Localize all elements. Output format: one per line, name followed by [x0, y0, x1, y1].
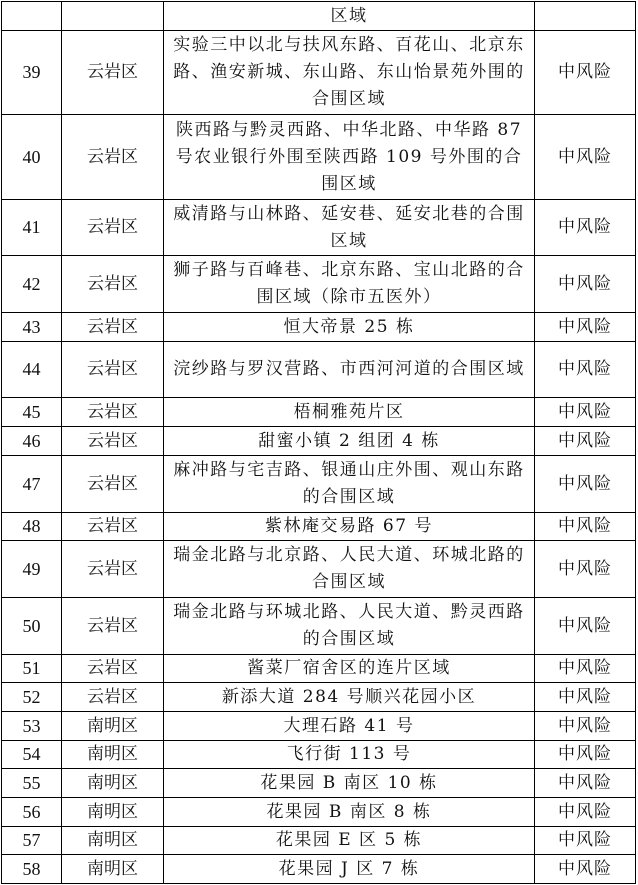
- row-number-cell: 48: [2, 513, 62, 541]
- district-cell: [62, 2, 164, 31]
- row-number-cell: 42: [2, 256, 62, 313]
- risk-area-table-body: 区域 39云岩区实验三中以北与扶风东路、百花山、北京东路、渔安新城、东山路、东山…: [2, 2, 636, 884]
- area-cell: 新添大道 284 号顺兴花园小区: [164, 683, 535, 712]
- table-row: 56南明区花果园 B 南区 8 栋中风险: [2, 798, 636, 827]
- risk-level-cell: 中风险: [535, 398, 636, 427]
- risk-level-cell: 中风险: [535, 683, 636, 712]
- row-number-cell: 50: [2, 598, 62, 655]
- row-number-cell: [2, 2, 62, 31]
- area-cell: 瑞金北路与环城北路、人民大道、黔灵西路的合围区域: [164, 598, 535, 655]
- district-cell: 南明区: [62, 712, 164, 741]
- district-cell: 云岩区: [62, 513, 164, 541]
- district-cell: 云岩区: [62, 598, 164, 655]
- row-number-cell: 45: [2, 398, 62, 427]
- district-cell: 南明区: [62, 855, 164, 884]
- area-cell: 紫林庵交易路 67 号: [164, 513, 535, 541]
- area-cell: 酱菜厂宿舍区的连片区域: [164, 655, 535, 683]
- area-cell: 甜蜜小镇 2 组团 4 栋: [164, 427, 535, 456]
- risk-level-cell: 中风险: [535, 855, 636, 884]
- row-number-cell: 41: [2, 200, 62, 256]
- row-number-cell: 43: [2, 313, 62, 342]
- district-cell: 云岩区: [62, 456, 164, 513]
- row-number-cell: 51: [2, 655, 62, 683]
- area-cell: 陕西路与黔灵西路、中华北路、中华路 87 号农业银行外围至陕西路 109 号外围…: [164, 115, 535, 200]
- area-cell: 瑞金北路与北京路、人民大道、环城北路的合围区域: [164, 541, 535, 598]
- district-cell: 南明区: [62, 798, 164, 827]
- risk-level-cell: 中风险: [535, 769, 636, 798]
- risk-area-table-container: 区域 39云岩区实验三中以北与扶风东路、百花山、北京东路、渔安新城、东山路、东山…: [1, 1, 636, 884]
- area-cell: 恒大帝景 25 栋: [164, 313, 535, 342]
- table-row: 53南明区大理石路 41 号中风险: [2, 712, 636, 741]
- table-row: 54南明区飞行街 113 号中风险: [2, 741, 636, 769]
- risk-level-cell: 中风险: [535, 598, 636, 655]
- row-number-cell: 53: [2, 712, 62, 741]
- table-row: 44云岩区浣纱路与罗汉营路、市西河河道的合围区域中风险: [2, 342, 636, 398]
- area-cell: 梧桐雅苑片区: [164, 398, 535, 427]
- district-cell: 云岩区: [62, 427, 164, 456]
- risk-level-cell: 中风险: [535, 256, 636, 313]
- district-cell: 云岩区: [62, 655, 164, 683]
- area-cell: 麻冲路与宅吉路、银通山庄外围、观山东路的合围区域: [164, 456, 535, 513]
- risk-level-cell: 中风险: [535, 342, 636, 398]
- table-row: 57南明区花果园 E 区 5 栋中风险: [2, 827, 636, 855]
- area-cell: 花果园 E 区 5 栋: [164, 827, 535, 855]
- row-number-cell: 47: [2, 456, 62, 513]
- table-row: 58南明区花果园 J 区 7 栋中风险: [2, 855, 636, 884]
- area-cell: 威清路与山林路、延安巷、延安北巷的合围区域: [164, 200, 535, 256]
- risk-level-cell: 中风险: [535, 741, 636, 769]
- district-cell: 云岩区: [62, 683, 164, 712]
- district-cell: 南明区: [62, 827, 164, 855]
- risk-level-cell: 中风险: [535, 115, 636, 200]
- district-cell: 南明区: [62, 741, 164, 769]
- table-row: 52云岩区新添大道 284 号顺兴花园小区中风险: [2, 683, 636, 712]
- table-row: 55南明区花果园 B 南区 10 栋中风险: [2, 769, 636, 798]
- risk-area-table: 区域 39云岩区实验三中以北与扶风东路、百花山、北京东路、渔安新城、东山路、东山…: [1, 1, 636, 884]
- risk-level-cell: 中风险: [535, 200, 636, 256]
- risk-level-cell: 中风险: [535, 427, 636, 456]
- table-row: 50云岩区瑞金北路与环城北路、人民大道、黔灵西路的合围区域中风险: [2, 598, 636, 655]
- area-cell: 花果园 B 南区 8 栋: [164, 798, 535, 827]
- district-cell: 云岩区: [62, 342, 164, 398]
- row-number-cell: 40: [2, 115, 62, 200]
- row-number-cell: 54: [2, 741, 62, 769]
- table-row: 45云岩区梧桐雅苑片区中风险: [2, 398, 636, 427]
- row-number-cell: 52: [2, 683, 62, 712]
- risk-level-cell: 中风险: [535, 712, 636, 741]
- table-row: 49云岩区瑞金北路与北京路、人民大道、环城北路的合围区域中风险: [2, 541, 636, 598]
- risk-level-cell: 中风险: [535, 798, 636, 827]
- risk-level-cell: 中风险: [535, 655, 636, 683]
- table-row: 39云岩区实验三中以北与扶风东路、百花山、北京东路、渔安新城、东山路、东山怡景苑…: [2, 31, 636, 115]
- table-row: 51云岩区酱菜厂宿舍区的连片区域中风险: [2, 655, 636, 683]
- table-row: 47云岩区麻冲路与宅吉路、银通山庄外围、观山东路的合围区域中风险: [2, 456, 636, 513]
- table-row: 41云岩区威清路与山林路、延安巷、延安北巷的合围区域中风险: [2, 200, 636, 256]
- row-number-cell: 58: [2, 855, 62, 884]
- area-cell: 大理石路 41 号: [164, 712, 535, 741]
- area-cell: 花果园 B 南区 10 栋: [164, 769, 535, 798]
- risk-level-cell: 中风险: [535, 827, 636, 855]
- risk-level-cell: 中风险: [535, 513, 636, 541]
- risk-level-cell: 中风险: [535, 541, 636, 598]
- table-row-continued: 区域: [2, 2, 636, 31]
- district-cell: 南明区: [62, 769, 164, 798]
- row-number-cell: 46: [2, 427, 62, 456]
- area-cell: 飞行街 113 号: [164, 741, 535, 769]
- district-cell: 云岩区: [62, 313, 164, 342]
- district-cell: 云岩区: [62, 115, 164, 200]
- area-cell: 狮子路与百峰巷、北京东路、宝山北路的合围区域（除市五医外）: [164, 256, 535, 313]
- area-cell: 浣纱路与罗汉营路、市西河河道的合围区域: [164, 342, 535, 398]
- table-row: 43云岩区恒大帝景 25 栋中风险: [2, 313, 636, 342]
- row-number-cell: 57: [2, 827, 62, 855]
- district-cell: 云岩区: [62, 541, 164, 598]
- district-cell: 云岩区: [62, 200, 164, 256]
- row-number-cell: 49: [2, 541, 62, 598]
- risk-level-cell: 中风险: [535, 456, 636, 513]
- table-row: 40云岩区陕西路与黔灵西路、中华北路、中华路 87 号农业银行外围至陕西路 10…: [2, 115, 636, 200]
- district-cell: 云岩区: [62, 398, 164, 427]
- row-number-cell: 39: [2, 31, 62, 115]
- row-number-cell: 56: [2, 798, 62, 827]
- risk-level-cell: 中风险: [535, 31, 636, 115]
- district-cell: 云岩区: [62, 31, 164, 115]
- row-number-cell: 55: [2, 769, 62, 798]
- area-cell: 区域: [164, 2, 535, 31]
- table-row: 48云岩区紫林庵交易路 67 号中风险: [2, 513, 636, 541]
- risk-level-cell: 中风险: [535, 313, 636, 342]
- table-row: 46云岩区甜蜜小镇 2 组团 4 栋中风险: [2, 427, 636, 456]
- row-number-cell: 44: [2, 342, 62, 398]
- area-cell: 花果园 J 区 7 栋: [164, 855, 535, 884]
- table-row: 42云岩区狮子路与百峰巷、北京东路、宝山北路的合围区域（除市五医外）中风险: [2, 256, 636, 313]
- area-cell: 实验三中以北与扶风东路、百花山、北京东路、渔安新城、东山路、东山怡景苑外围的合围…: [164, 31, 535, 115]
- risk-level-cell: [535, 2, 636, 31]
- district-cell: 云岩区: [62, 256, 164, 313]
